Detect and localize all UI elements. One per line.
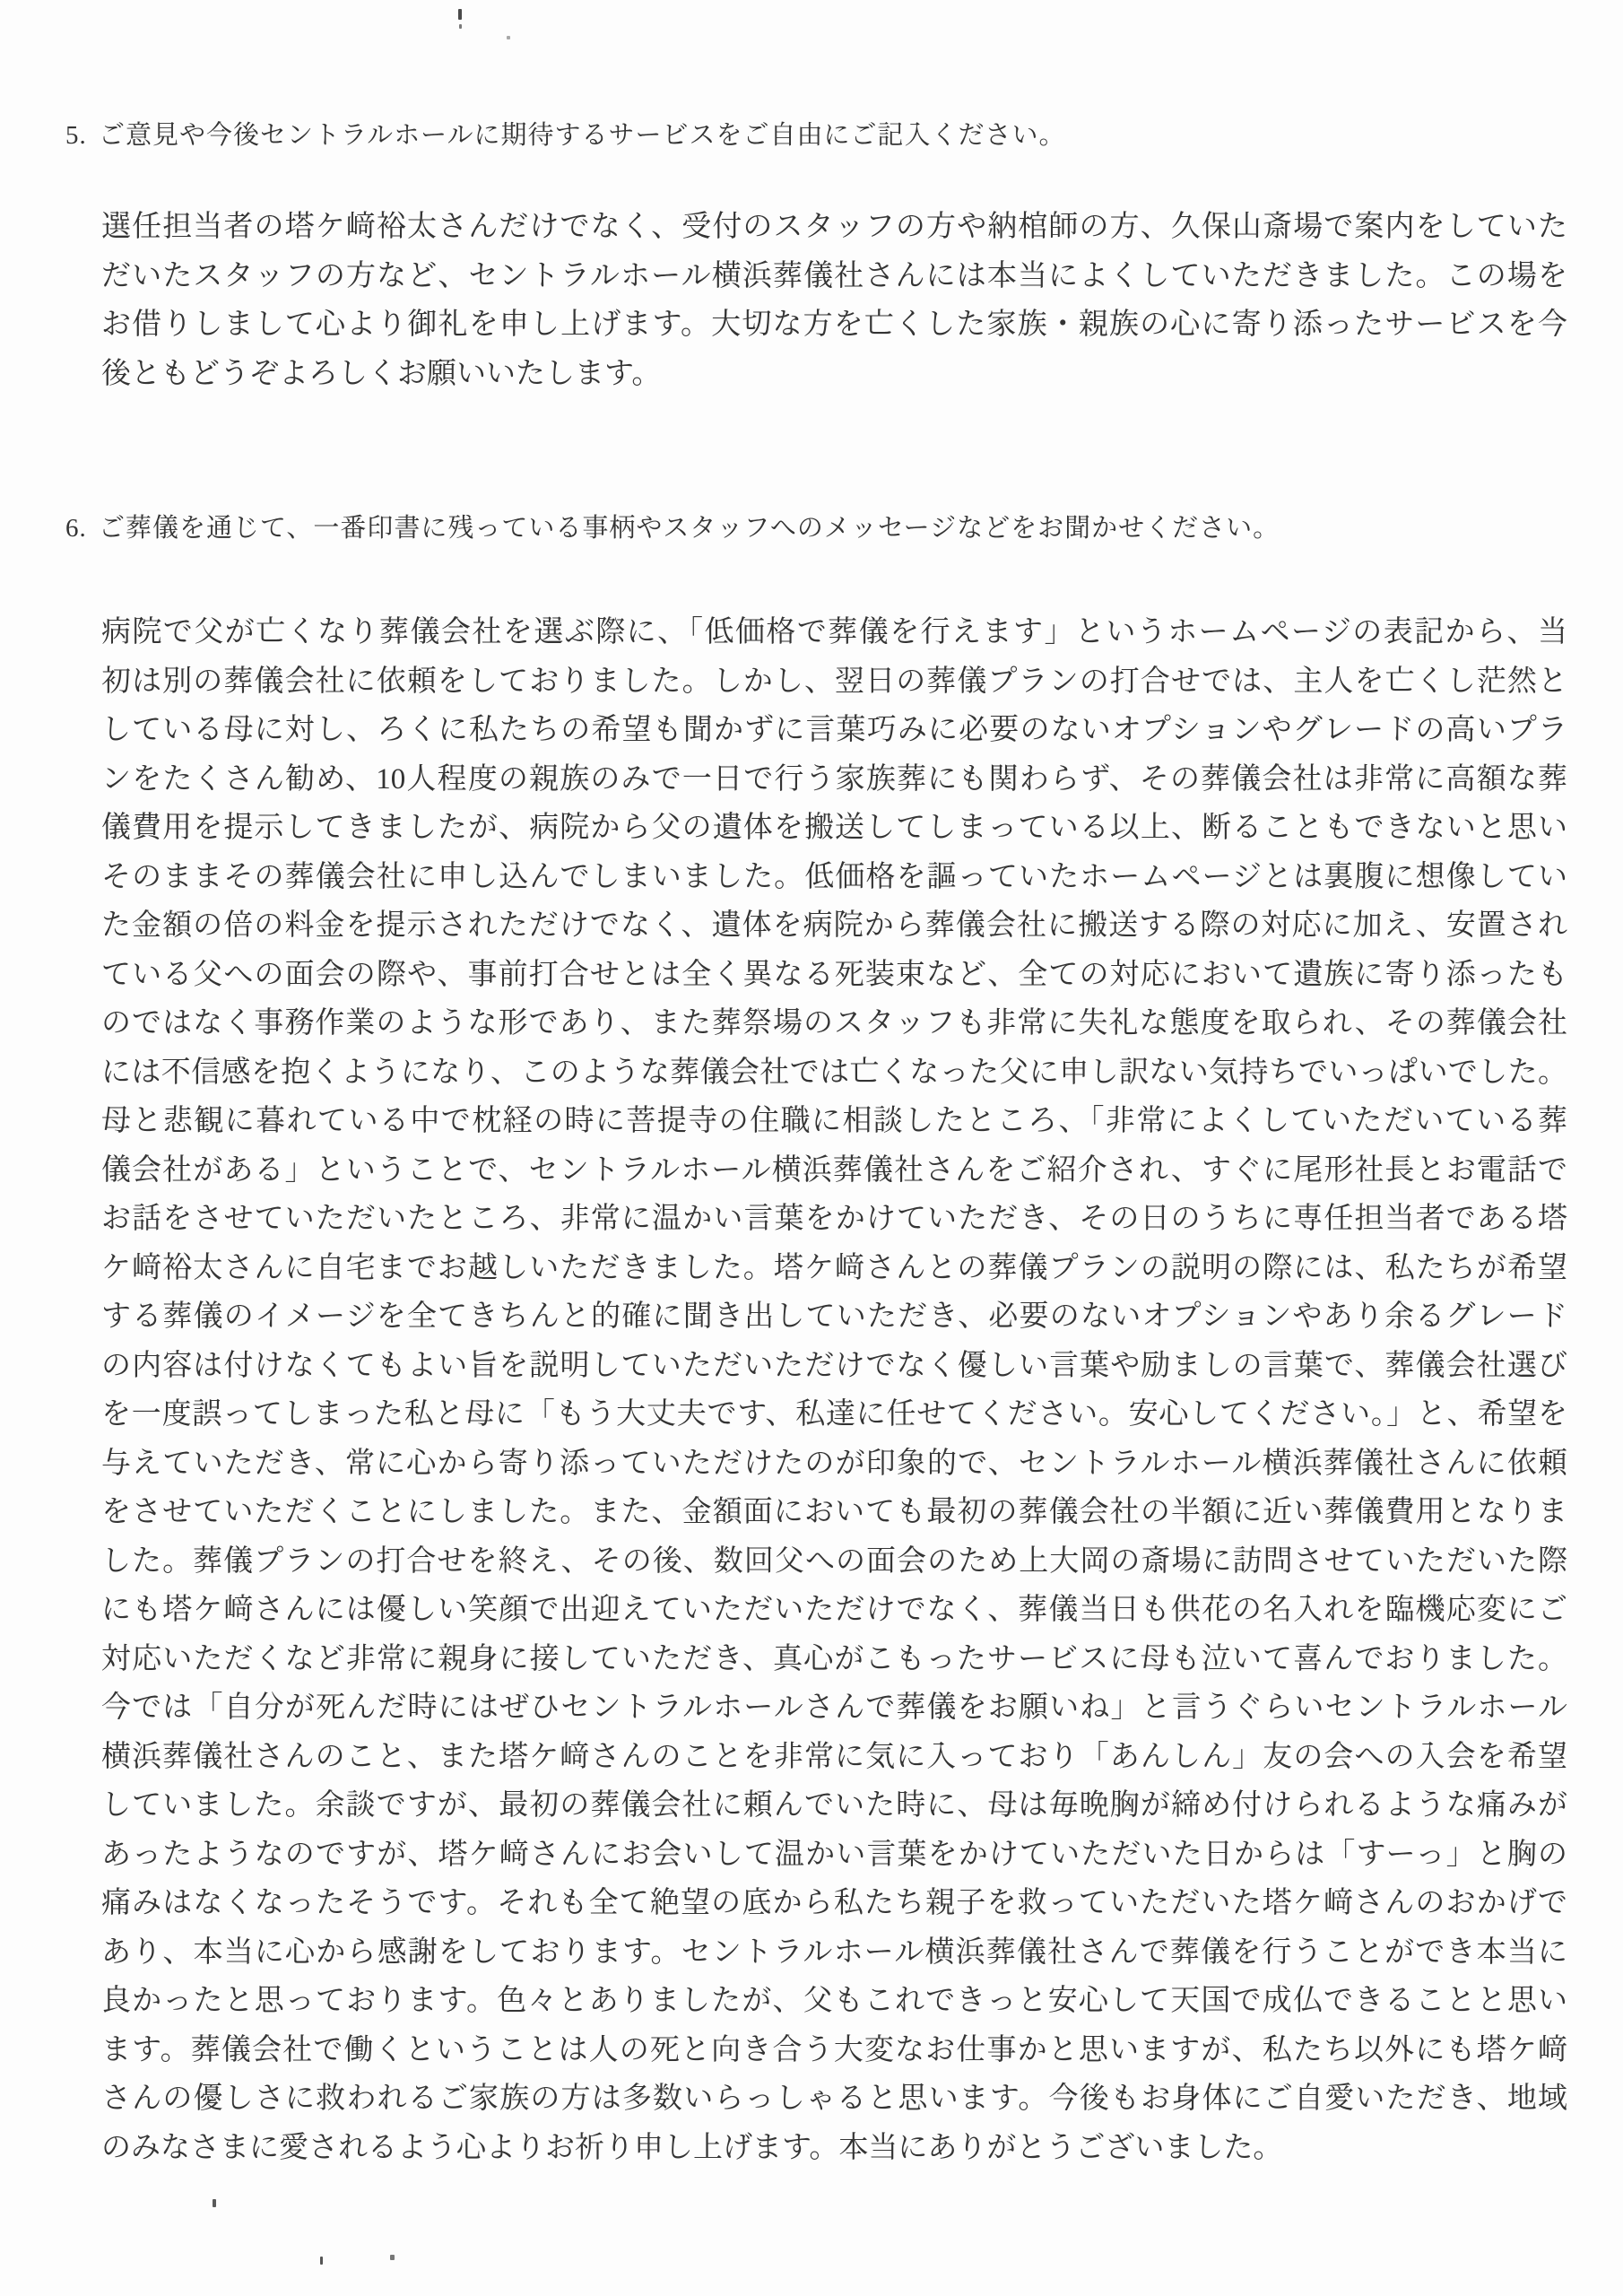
scan-artifact <box>213 2199 216 2207</box>
answer-line: 病院で父が亡くなり葬儀会社を選ぶ際に、「低価格で葬儀を行えます」というホームペー… <box>101 608 1567 657</box>
answer-line: 儀費用を提示してきましたが、病院から父の遺体を搬送してしまっている以上、断ること… <box>101 804 1567 853</box>
answer-line: ている父への面会の際や、事前打合せとは全く異なる死装束など、全ての対応において遺… <box>101 951 1567 1000</box>
answer-line: ケ﨑裕太さんに自宅までお越しいただきました。塔ケ﨑さんとの葬儀プランの説明の際に… <box>101 1244 1567 1293</box>
answer-line: ンをたくさん勧め、10人程度の親族のみで一日で行う家族葬にも関わらず、その葬儀会… <box>101 755 1567 804</box>
question-5-heading: 5. ご意見や今後セントラルホールに期待するサービスをご自由にご記入ください。 <box>65 115 1066 152</box>
scan-artifact <box>507 36 510 39</box>
answer-line: には不信感を抱くようになり、このような葬儀会社では亡くなった父に申し訳ない気持ち… <box>101 1048 1567 1098</box>
answer-line: 選任担当者の塔ケ﨑裕太さんだけでなく、受付のスタッフの方や納棺師の方、久保山斎場… <box>101 203 1567 252</box>
answer-line: だいたスタッフの方など、セントラルホール横浜葬儀社さんには本当によくしていただき… <box>101 252 1567 301</box>
answer-line: のではなく事務作業のような形であり、また葬祭場のスタッフも非常に失礼な態度を取ら… <box>101 999 1567 1048</box>
answer-line: にも塔ケ﨑さんには優しい笑顔で出迎えていただいただけでなく、葬儀当日も供花の名入… <box>101 1586 1567 1635</box>
question-6-heading: 6. ご葬儀を通じて、一番印書に残っている事柄やスタッフへのメッセージなどをお聞… <box>65 508 1280 544</box>
answer-line: お借りしまして心より御礼を申し上げます。大切な方を亡くした家族・親族の心に寄り添… <box>101 300 1567 350</box>
answer-line: 痛みはなくなったそうです。それも全て絶望の底から私たち親子を救っていただいた塔ケ… <box>101 1879 1567 1928</box>
answer-line: 今では「自分が死んだ時にはぜひセントラルホールさんで葬儀をお願いね」と言うぐらい… <box>101 1683 1567 1733</box>
scan-artifact <box>390 2255 395 2260</box>
answer-line: 後ともどうぞよろしくお願いいたします。 <box>101 350 1567 399</box>
answer-line: さんの優しさに救われるご家族の方は多数いらっしゃると思います。今後もお身体にご自… <box>101 2074 1567 2124</box>
answer-line: する葬儀のイメージを全てきちんと的確に聞き出していただき、必要のないオプションや… <box>101 1292 1567 1342</box>
answer-line: 良かったと思っております。色々とありましたが、父もこれできっと安心して天国で成仏… <box>101 1977 1567 2026</box>
question-6-prompt: ご葬儀を通じて、一番印書に残っている事柄やスタッフへのメッセージなどをお聞かせく… <box>99 508 1280 544</box>
answer-line: あったようなのですが、塔ケ﨑さんにお会いして温かい言葉をかけていただいた日からは… <box>101 1831 1567 1880</box>
answer-line: そのままその葬儀会社に申し込んでしまいました。低価格を謳っていたホームページとは… <box>101 853 1567 902</box>
question-5-number: 5. <box>65 121 99 151</box>
scanned-survey-page: 5. ご意見や今後セントラルホールに期待するサービスをご自由にご記入ください。 … <box>0 0 1623 2296</box>
answer-line: 儀会社がある」ということで、セントラルホール横浜葬儀社さんをご紹介され、すぐに尾… <box>101 1146 1567 1196</box>
question-6-answer: 病院で父が亡くなり葬儀会社を選ぶ際に、「低価格で葬儀を行えます」というホームペー… <box>101 608 1567 2172</box>
scan-artifact <box>458 9 462 20</box>
answer-line: お話をさせていただいたところ、非常に温かい言葉をかけていただき、その日のうちに専… <box>101 1195 1567 1244</box>
answer-line: ます。葬儀会社で働くということは人の死と向き合う大変なお仕事かと思いますが、私た… <box>101 2026 1567 2075</box>
answer-line: 対応いただくなど非常に親身に接していただき、真心がこもったサービスに母も泣いて喜… <box>101 1635 1567 1684</box>
answer-line: していました。余談ですが、最初の葬儀会社に頼んでいた時に、母は毎晩胸が締め付けら… <box>101 1781 1567 1831</box>
question-5-prompt: ご意見や今後セントラルホールに期待するサービスをご自由にご記入ください。 <box>99 115 1066 152</box>
answer-line: を一度誤ってしまった私と母に「もう大丈夫です、私達に任せてください。安心してくだ… <box>101 1390 1567 1439</box>
answer-line: 与えていただき、常に心から寄り添っていただけたのが印象的で、セントラルホール横浜… <box>101 1439 1567 1489</box>
answer-line: た金額の倍の料金を提示されただけでなく、遺体を病院から葬儀会社に搬送する際の対応… <box>101 901 1567 951</box>
answer-line: した。葬儀プランの打合せを終え、その後、数回父への面会のため上大岡の斎場に訪問さ… <box>101 1537 1567 1587</box>
answer-line: 横浜葬儀社さんのこと、また塔ケ﨑さんのことを非常に気に入っており「あんしん」友の… <box>101 1733 1567 1782</box>
answer-line: 母と悲観に暮れている中で枕経の時に菩提寺の住職に相談したところ、「非常によくして… <box>101 1097 1567 1146</box>
answer-line: 初は別の葬儀会社に依頼をしておりました。しかし、翌日の葬儀プランの打合せでは、主… <box>101 657 1567 707</box>
question-5-answer: 選任担当者の塔ケ﨑裕太さんだけでなく、受付のスタッフの方や納棺師の方、久保山斎場… <box>101 203 1567 398</box>
question-6-number: 6. <box>65 514 99 544</box>
scan-artifact <box>459 24 462 29</box>
answer-line: あり、本当に心から感謝をしております。セントラルホール横浜葬儀社さんで葬儀を行う… <box>101 1928 1567 1978</box>
scan-artifact <box>320 2257 323 2265</box>
answer-line: の内容は付けなくてもよい旨を説明していただいただけでなく優しい言葉や励ましの言葉… <box>101 1342 1567 1391</box>
answer-line: のみなさまに愛されるよう心よりお祈り申し上げます。本当にありがとうございました。 <box>101 2124 1567 2173</box>
answer-line: している母に対し、ろくに私たちの希望も聞かずに言葉巧みに必要のないオプションやグ… <box>101 706 1567 755</box>
answer-line: をさせていただくことにしました。また、金額面においても最初の葬儀会社の半額に近い… <box>101 1488 1567 1537</box>
